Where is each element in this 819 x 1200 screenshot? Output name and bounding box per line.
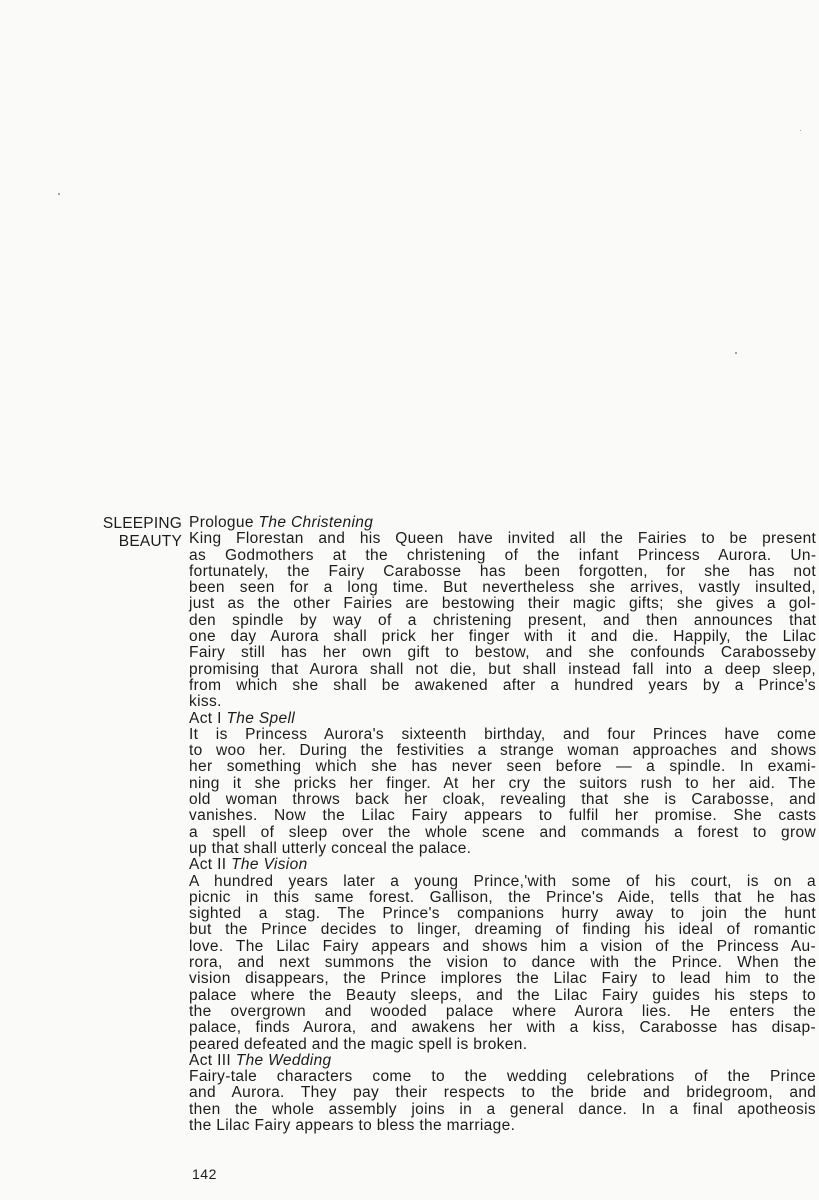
scan-speck	[58, 193, 60, 195]
ballet-title-line-1: SLEEPING	[80, 515, 182, 533]
text-line: but the Prince decides to linger, dreami…	[189, 922, 816, 938]
text-line: ning it she pricks her finger. At her cr…	[189, 776, 816, 792]
section-heading: Act III The Wedding	[189, 1053, 816, 1069]
text-line: It is Princess Aurora's sixteenth birthd…	[189, 727, 816, 743]
text-line: just as the other Fairies are bestowing …	[189, 596, 816, 612]
text-line: palace where the Beauty sleeps, and the …	[189, 988, 816, 1004]
text-line: and Aurora. They pay their respects to t…	[189, 1085, 816, 1101]
section-heading: Act I The Spell	[189, 711, 816, 727]
text-line: sighted a stag. The Prince's companions …	[189, 906, 816, 922]
section-subtitle: The Wedding	[236, 1052, 332, 1069]
text-line: den spindle by way of a christening pres…	[189, 613, 816, 629]
section-subtitle: The Vision	[231, 856, 307, 873]
text-line: promising that Aurora shall not die, but…	[189, 662, 816, 678]
section-paragraph: A hundred years later a young Prince,'wi…	[189, 874, 816, 1053]
text-line: rora, and next summons the vision to dan…	[189, 955, 816, 971]
scan-speck	[800, 130, 801, 131]
section-heading: Act II The Vision	[189, 857, 816, 873]
ballet-title: SLEEPING BEAUTY	[80, 515, 182, 551]
text-line: A hundred years later a young Prince,'wi…	[189, 874, 816, 890]
text-line: vision disappears, the Prince implores t…	[189, 971, 816, 987]
synopsis-body: Prologue The ChristeningKing Florestan a…	[189, 515, 816, 1134]
ballet-title-line-2: BEAUTY	[80, 533, 182, 551]
scan-speck	[735, 352, 737, 354]
section-paragraph: King Florestan and his Queen have invite…	[189, 531, 816, 710]
page-number: 142	[192, 1166, 217, 1182]
section-heading: Prologue The Christening	[189, 515, 816, 531]
section-subtitle: The Spell	[226, 710, 295, 727]
text-line: picnic in this same forest. Gallison, th…	[189, 890, 816, 906]
text-line: King Florestan and his Queen have invite…	[189, 531, 816, 547]
text-line: a spell of sleep over the whole scene an…	[189, 825, 816, 841]
section-label: Act I	[189, 710, 222, 727]
text-line: up that shall utterly conceal the palace…	[189, 841, 816, 857]
text-line: peared defeated and the magic spell is b…	[189, 1037, 816, 1053]
text-line: her something which she has never seen b…	[189, 759, 816, 775]
text-line: then the whole assembly joins in a gener…	[189, 1102, 816, 1118]
text-line: old woman throws back her cloak, reveali…	[189, 792, 816, 808]
text-line: from which she shall be awakened after a…	[189, 678, 816, 694]
text-line: fortunately, the Fairy Carabosse has bee…	[189, 564, 816, 580]
text-line: Fairy still has her own gift to bestow, …	[189, 645, 816, 661]
text-line: to woo her. During the festivities a str…	[189, 743, 816, 759]
section-label: Act III	[189, 1052, 231, 1069]
section-label: Act II	[189, 856, 226, 873]
text-line: the Lilac Fairy appears to bless the mar…	[189, 1118, 816, 1134]
text-line: kiss.	[189, 694, 816, 710]
text-line: as Godmothers at the christening of the …	[189, 548, 816, 564]
section-paragraph: Fairy-tale characters come to the weddin…	[189, 1069, 816, 1134]
text-line: one day Aurora shall prick her finger wi…	[189, 629, 816, 645]
section-paragraph: It is Princess Aurora's sixteenth birthd…	[189, 727, 816, 857]
text-line: vanishes. Now the Lilac Fairy appears to…	[189, 808, 816, 824]
section-subtitle: The Christening	[259, 514, 374, 531]
text-line: palace, finds Aurora, and awakens her wi…	[189, 1020, 816, 1036]
section-label: Prologue	[189, 514, 254, 531]
text-line: been seen for a long time. But neverthel…	[189, 580, 816, 596]
text-line: love. The Lilac Fairy appears and shows …	[189, 939, 816, 955]
text-line: Fairy-tale characters come to the weddin…	[189, 1069, 816, 1085]
text-line: the overgrown and wooded palace where Au…	[189, 1004, 816, 1020]
